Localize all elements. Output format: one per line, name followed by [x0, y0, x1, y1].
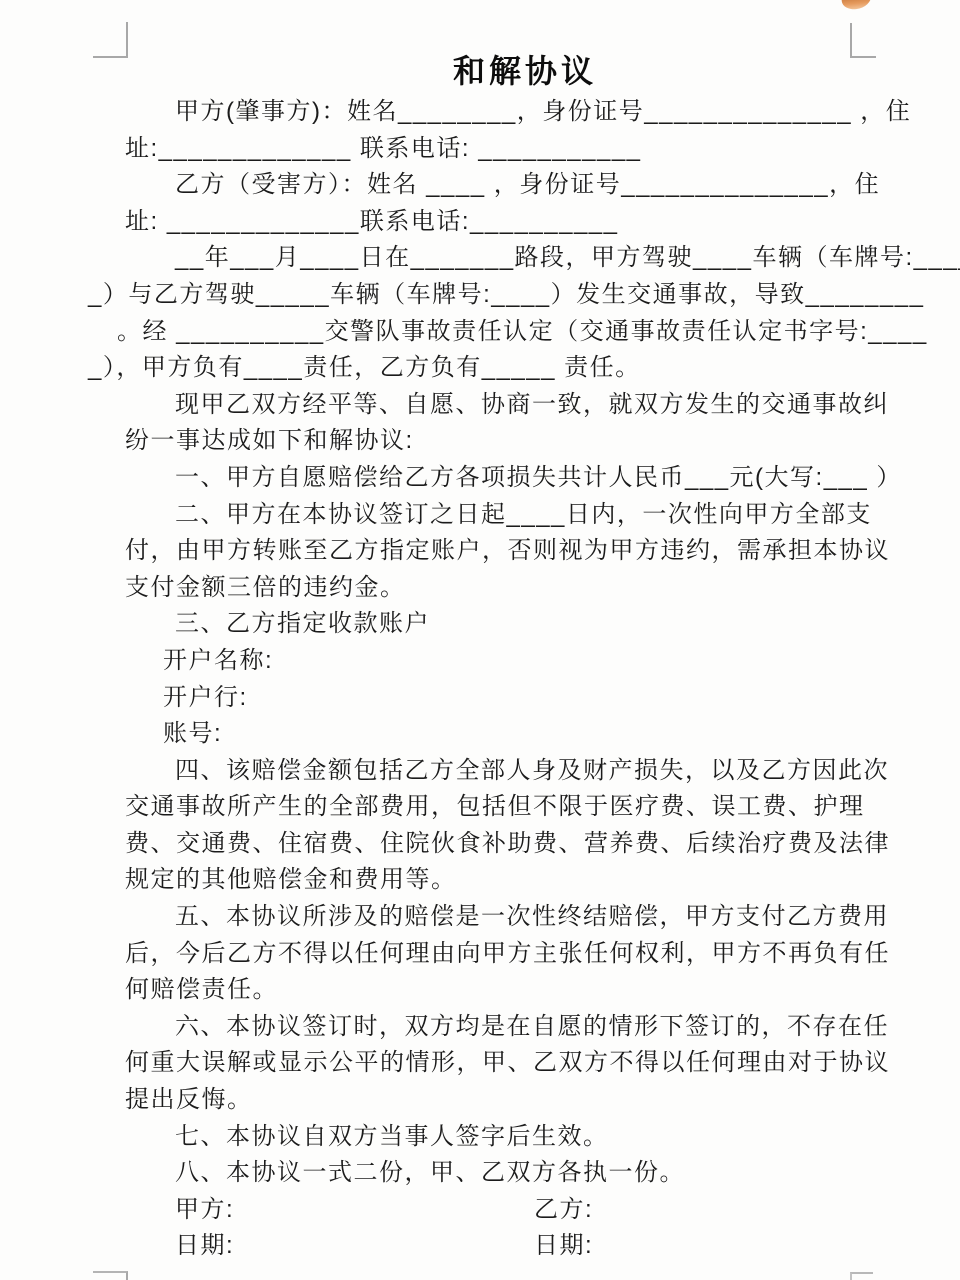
- doc-line: 七、本协议自双方当事人签字后生效。: [175, 1119, 865, 1156]
- signature-label-left: 甲方:: [175, 1192, 234, 1229]
- orange-corner-artifact: [841, 0, 872, 11]
- doc-line: 址:_____________ 联系电话: ___________: [125, 131, 865, 168]
- doc-line: 开户行:: [163, 680, 865, 717]
- doc-line: 何赔偿责任。: [125, 972, 865, 1009]
- signature-label-right: 日期:: [534, 1228, 593, 1265]
- doc-line: 支付金额三倍的违约金。: [125, 570, 865, 607]
- doc-line: 址: _____________联系电话:__________: [125, 204, 865, 241]
- document-title: 和解协议: [90, 50, 960, 92]
- doc-line: 甲方(肇事方)：姓名________，身份证号______________ ，住: [175, 94, 865, 131]
- doc-line: 提出反悔。: [125, 1082, 865, 1119]
- doc-line: 交通事故所产生的全部费用，包括但不限于医疗费、误工费、护理: [125, 789, 865, 826]
- doc-line: 。经 __________交警队事故责任认定（交通事故责任认定书字号:____: [117, 314, 865, 351]
- doc-line: 乙方（受害方）：姓名 ____ ，身份证号______________，住: [175, 167, 865, 204]
- signature-label-right: 乙方:: [534, 1192, 593, 1229]
- doc-line: __年___月____日在_______路段，甲方驾驶____车辆（车牌号:__…: [175, 240, 865, 277]
- doc-line: 一、甲方自愿赔偿给乙方各项损失共计人民币___元(大写:___ ）: [175, 460, 865, 497]
- doc-line: 开户名称:: [163, 643, 865, 680]
- doc-line: 二、甲方在本协议签订之日起____日内，一次性向甲方全部支: [175, 497, 865, 534]
- signature-row-date: 日期:日期:: [175, 1228, 865, 1265]
- doc-line: 五、本协议所涉及的赔偿是一次性终结赔偿，甲方支付乙方费用: [175, 899, 865, 936]
- doc-line: 账号:: [163, 716, 865, 753]
- doc-line: 四、该赔偿金额包括乙方全部人身及财产损失，以及乙方因此次: [175, 753, 865, 790]
- doc-line: 八、本协议一式二份，甲、乙双方各执一份。: [175, 1155, 865, 1192]
- doc-line: 何重大误解或显示公平的情形，甲、乙双方不得以任何理由对于协议: [125, 1045, 865, 1082]
- document-page: 和解协议 甲方(肇事方)：姓名________，身份证号____________…: [0, 0, 960, 1280]
- signature-row-party: 甲方:乙方:: [175, 1192, 865, 1229]
- doc-line: 纷一事达成如下和解协议:: [125, 423, 865, 460]
- doc-line: _），甲方负有____责任，乙方负有_____ 责任。: [88, 350, 865, 387]
- text-boundary-mark-bottom-left: [93, 1271, 128, 1280]
- doc-line: 现甲乙双方经平等、自愿、协商一致，就双方发生的交通事故纠: [175, 387, 865, 424]
- doc-line: 费、交通费、住宿费、住院伙食补助费、营养费、后续治疗费及法律: [125, 826, 865, 863]
- doc-line: 付，由甲方转账至乙方指定账户，否则视为甲方违约，需承担本协议: [125, 533, 865, 570]
- doc-line: 后，今后乙方不得以任何理由向甲方主张任何权利，甲方不再负有任: [125, 936, 865, 973]
- text-boundary-mark-bottom-right: [850, 1272, 873, 1280]
- doc-line: _）与乙方驾驶_____车辆（车牌号:____）发生交通事故，导致_______…: [88, 277, 865, 314]
- signature-label-left: 日期:: [175, 1228, 234, 1265]
- document-lines: 甲方(肇事方)：姓名________，身份证号______________ ，住…: [125, 94, 865, 1265]
- doc-line: 规定的其他赔偿金和费用等。: [125, 862, 865, 899]
- doc-line: 六、本协议签订时，双方均是在自愿的情形下签订的，不存在任: [175, 1009, 865, 1046]
- doc-line: 三、乙方指定收款账户: [175, 606, 865, 643]
